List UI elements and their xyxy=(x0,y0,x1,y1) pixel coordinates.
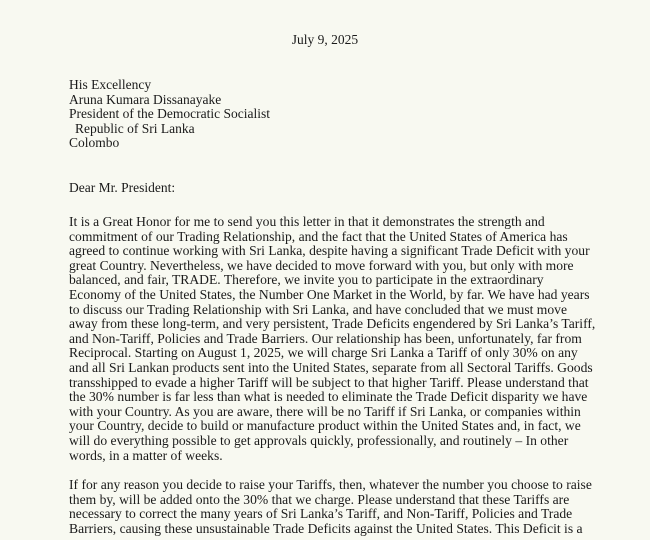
paragraph-line: commitment of our Trading Relationship, … xyxy=(69,230,595,245)
address-line: Aruna Kumara Dissanayake xyxy=(69,93,270,108)
salutation: Dear Mr. President: xyxy=(69,180,175,196)
paragraph-line: Barriers, causing these unsustainable Tr… xyxy=(69,522,592,537)
paragraph-line: and Non-Tariff, Policies and Trade Barri… xyxy=(69,332,595,347)
paragraph-line: words, in a matter of weeks. xyxy=(69,449,595,464)
paragraph-line: them by, will be added onto the 30% that… xyxy=(69,493,592,508)
body-paragraph-1: It is a Great Honor for me to send you t… xyxy=(69,215,595,463)
paragraph-line: Reciprocal. Starting on August 1, 2025, … xyxy=(69,346,595,361)
recipient-address: His Excellency Aruna Kumara Dissanayake … xyxy=(69,78,270,151)
address-line: Colombo xyxy=(69,136,270,151)
paragraph-line: necessary to correct the many years of S… xyxy=(69,507,592,522)
paragraph-line: to discuss our Trading Relationship with… xyxy=(69,303,595,318)
letter-date: July 9, 2025 xyxy=(0,32,650,48)
body-paragraph-2: If for any reason you decide to raise yo… xyxy=(69,478,592,536)
paragraph-line: and all Sri Lankan products sent into th… xyxy=(69,361,595,376)
paragraph-line: Economy of the United States, the Number… xyxy=(69,288,595,303)
paragraph-line: balanced, and fair, TRADE. Therefore, we… xyxy=(69,273,595,288)
paragraph-line: the 30% number is far less than what is … xyxy=(69,390,595,405)
address-line: President of the Democratic Socialist xyxy=(69,107,270,122)
paragraph-line: It is a Great Honor for me to send you t… xyxy=(69,215,595,230)
paragraph-line: with your Country. As you are aware, the… xyxy=(69,405,595,420)
paragraph-line: your Country, decide to build or manufac… xyxy=(69,419,595,434)
paragraph-line: transshipped to evade a higher Tariff wi… xyxy=(69,376,595,391)
paragraph-line: will do everything possible to get appro… xyxy=(69,434,595,449)
address-line: His Excellency xyxy=(69,78,270,93)
paragraph-line: great Country. Nevertheless, we have dec… xyxy=(69,259,595,274)
address-line: Republic of Sri Lanka xyxy=(69,122,270,137)
paragraph-line: agreed to continue working with Sri Lank… xyxy=(69,244,595,259)
paragraph-line: away from these long-term, and very pers… xyxy=(69,317,595,332)
paragraph-line: If for any reason you decide to raise yo… xyxy=(69,478,592,493)
